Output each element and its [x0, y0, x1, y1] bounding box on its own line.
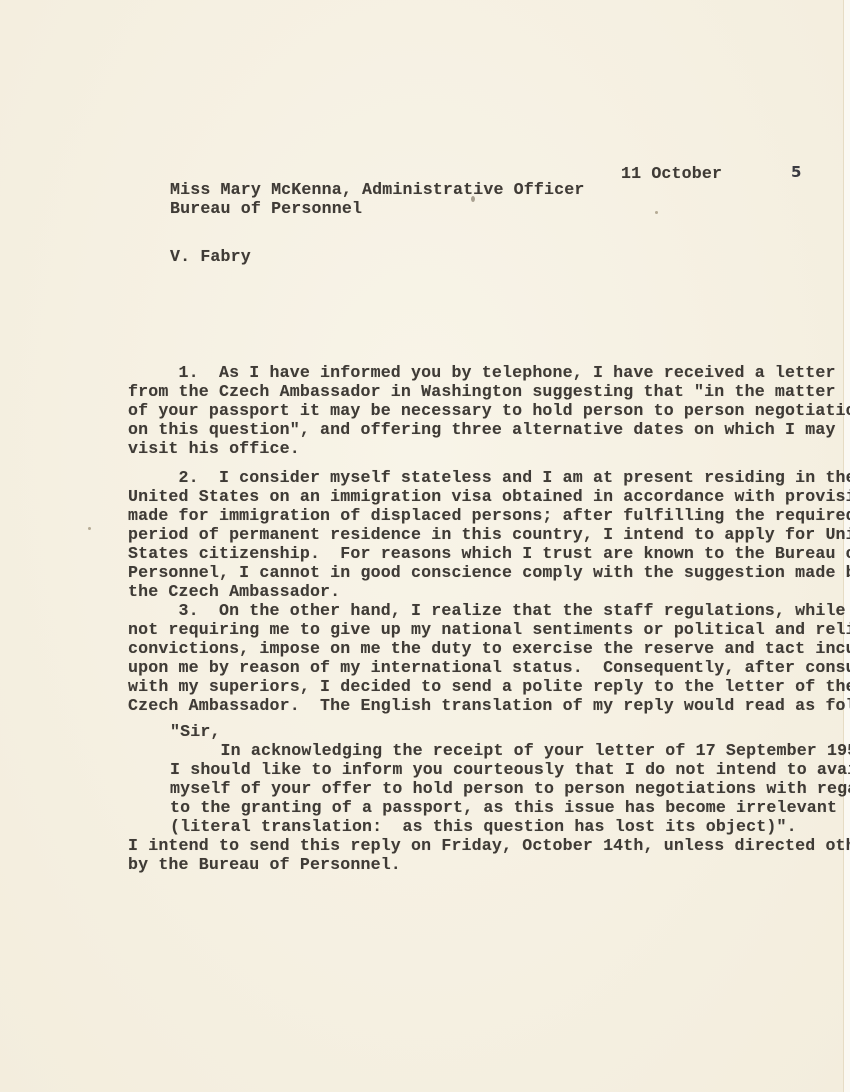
text-line: not requiring me to give up my national …: [128, 620, 850, 639]
text-line: of your passport it may be necessary to …: [128, 401, 850, 420]
text-line: I should like to inform you courteously …: [170, 760, 850, 779]
text-line: Czech Ambassador. The English translatio…: [128, 696, 850, 715]
text-line: period of permanent residence in this co…: [128, 525, 850, 544]
text-line: made for immigration of displaced person…: [128, 506, 850, 525]
text-line: Personnel, I cannot in good conscience c…: [128, 563, 850, 582]
text-line: to the granting of a passport, as this i…: [170, 798, 837, 817]
text-line: by the Bureau of Personnel.: [128, 855, 401, 874]
text-line: from the Czech Ambassador in Washington …: [128, 382, 836, 401]
recipient-department: Bureau of Personnel: [170, 199, 362, 218]
text-line: 3. On the other hand, I realize that the…: [128, 601, 846, 620]
date: 11 October: [621, 164, 722, 183]
recipient-name: Miss Mary McKenna, Administrative Office…: [170, 180, 584, 199]
text-line: United States on an immigration visa obt…: [128, 487, 850, 506]
text-line: (literal translation: as this question h…: [170, 817, 797, 836]
paper-speck: [88, 527, 91, 530]
text-line: States citizenship. For reasons which I …: [128, 544, 850, 563]
text-line: 2. I consider myself stateless and I am …: [128, 468, 850, 487]
text-line: visit his office.: [128, 439, 300, 458]
sender: V. Fabry: [170, 247, 251, 266]
text-line: I intend to send this reply on Friday, O…: [128, 836, 850, 855]
text-line: myself of your offer to hold person to p…: [170, 779, 850, 798]
text-line: convictions, impose on me the duty to ex…: [128, 639, 850, 658]
text-line: upon me by reason of my international st…: [128, 658, 850, 677]
text-line: 1. As I have informed you by telephone, …: [128, 363, 836, 382]
text-line: "Sir,: [170, 722, 221, 741]
text-line: on this question", and offering three al…: [128, 420, 836, 439]
page-number: 5: [791, 163, 801, 181]
text-line: with my superiors, I decided to send a p…: [128, 677, 850, 696]
paper-speck: [655, 211, 658, 214]
text-line: In acknowledging the receipt of your let…: [170, 741, 850, 760]
text-line: the Czech Ambassador.: [128, 582, 340, 601]
